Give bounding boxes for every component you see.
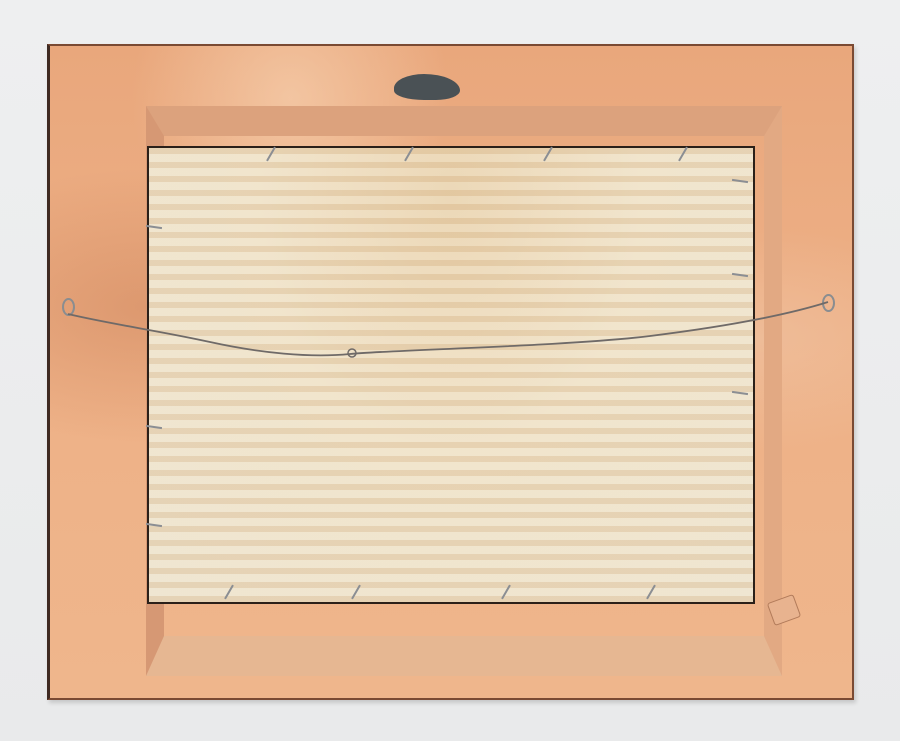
picture-frame-back	[47, 44, 854, 700]
hanging-wire	[50, 46, 852, 698]
